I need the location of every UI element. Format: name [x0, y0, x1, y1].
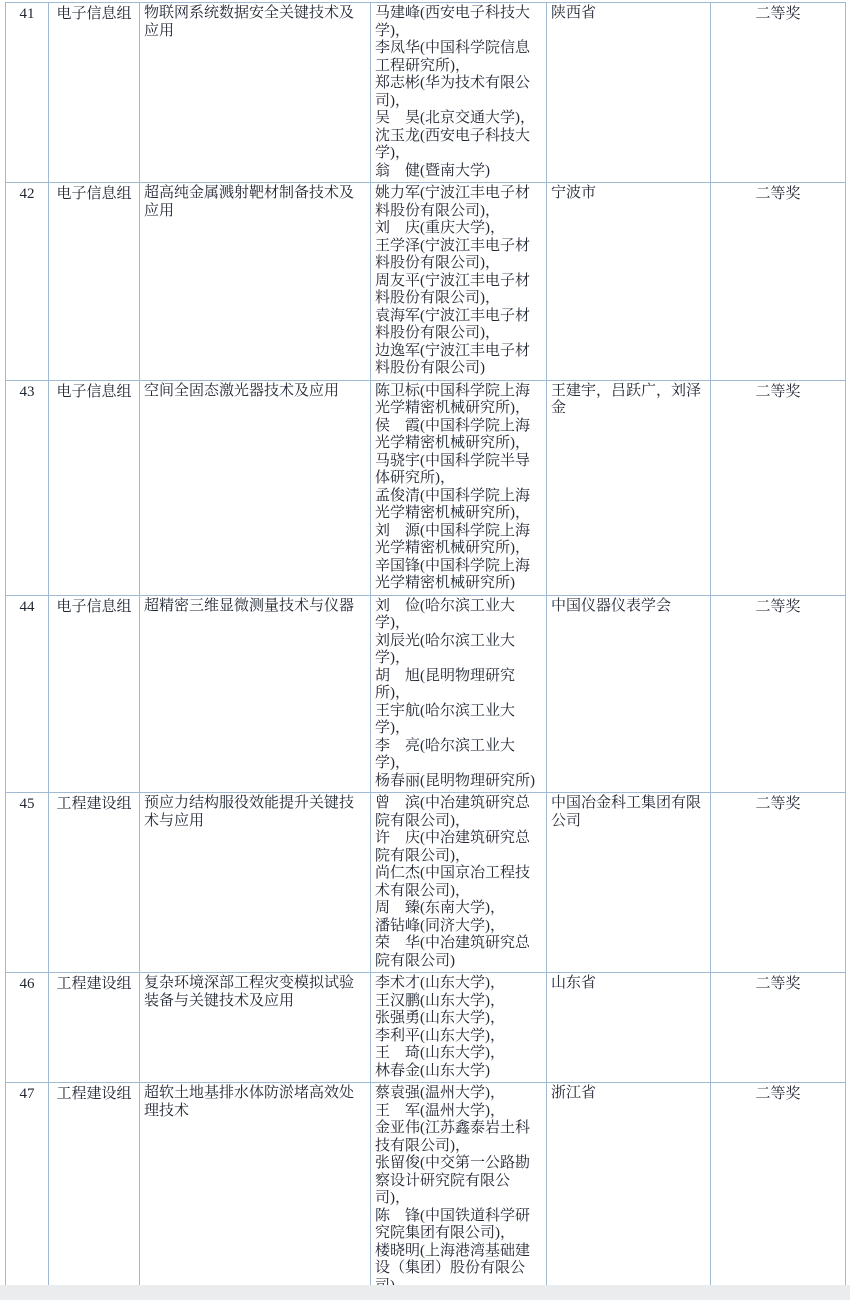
- person-line: 尚仁杰(中国京冶工程技术有限公司)，: [375, 865, 542, 900]
- cell-contributors: 陈卫标(中国科学院上海光学精密机械研究所)，侯 霞(中国科学院上海光学精密机械研…: [371, 380, 547, 595]
- person-line: 边逸军(宁波江丰电子材料股份有限公司): [375, 343, 542, 378]
- cell-project-title: 超精密三维显微测量技术与仪器: [140, 595, 371, 793]
- person-line: 荣 华(中冶建筑研究总院有限公司): [375, 935, 542, 970]
- cell-nominator: 中国冶金科工集团有限公司: [547, 793, 711, 973]
- cell-contributors: 马建峰(西安电子科技大学)，李凤华(中国科学院信息工程研究所)，郑志彬(华为技术…: [371, 3, 547, 183]
- person-line: 刘 庆(重庆大学)，: [375, 220, 542, 238]
- cell-nominator: 陕西省: [547, 3, 711, 183]
- cell-award-level: 二等奖: [711, 973, 846, 1083]
- table-row: 43电子信息组空间全固态激光器技术及应用陈卫标(中国科学院上海光学精密机械研究所…: [6, 380, 846, 595]
- person-line: 刘 俭(哈尔滨工业大学)，: [375, 598, 542, 633]
- cell-award-level: 二等奖: [711, 3, 846, 183]
- person-line: 孟俊清(中国科学院上海光学精密机械研究所)，: [375, 488, 542, 523]
- cell-row-number: 41: [6, 3, 49, 183]
- cell-row-number: 42: [6, 183, 49, 381]
- person-line: 翁 健(暨南大学): [375, 163, 542, 181]
- person-line: 王 琦(山东大学)，: [375, 1045, 542, 1063]
- award-table-body: 41电子信息组物联网系统数据安全关键技术及应用马建峰(西安电子科技大学)，李凤华…: [6, 3, 846, 1298]
- person-line: 杨春丽(昆明物理研究所): [375, 773, 542, 791]
- cell-group-name: 电子信息组: [49, 380, 140, 595]
- person-line: 曾 滨(中冶建筑研究总院有限公司)，: [375, 795, 542, 830]
- person-line: 林春金(山东大学): [375, 1063, 542, 1081]
- cell-award-level: 二等奖: [711, 595, 846, 793]
- person-line: 王汉鹏(山东大学)，: [375, 993, 542, 1011]
- person-line: 李利平(山东大学)，: [375, 1028, 542, 1046]
- table-row: 44电子信息组超精密三维显微测量技术与仪器刘 俭(哈尔滨工业大学)，刘辰光(哈尔…: [6, 595, 846, 793]
- cell-project-title: 预应力结构服役效能提升关键技术与应用: [140, 793, 371, 973]
- person-line: 周友平(宁波江丰电子材料股份有限公司)，: [375, 273, 542, 308]
- table-row: 46工程建设组复杂环境深部工程灾变模拟试验装备与关键技术及应用李术才(山东大学)…: [6, 973, 846, 1083]
- person-line: 郑志彬(华为技术有限公司)，: [375, 75, 542, 110]
- person-line: 刘 源(中国科学院上海光学精密机械研究所)，: [375, 523, 542, 558]
- page-bottom-strip: [0, 1285, 850, 1300]
- person-line: 张留俊(中交第一公路勘察设计研究院有限公司)，: [375, 1155, 542, 1208]
- person-line: 袁海军(宁波江丰电子材料股份有限公司)，: [375, 308, 542, 343]
- cell-row-number: 44: [6, 595, 49, 793]
- cell-contributors: 李术才(山东大学)，王汉鹏(山东大学)，张强勇(山东大学)，李利平(山东大学)，…: [371, 973, 547, 1083]
- cell-nominator: 山东省: [547, 973, 711, 1083]
- cell-row-number: 47: [6, 1083, 49, 1298]
- person-line: 王 军(温州大学)，: [375, 1103, 542, 1121]
- cell-nominator: 宁波市: [547, 183, 711, 381]
- cell-group-name: 电子信息组: [49, 595, 140, 793]
- person-line: 金亚伟(江苏鑫泰岩土科技有限公司)，: [375, 1120, 542, 1155]
- person-line: 李术才(山东大学)，: [375, 975, 542, 993]
- cell-group-name: 工程建设组: [49, 1083, 140, 1298]
- cell-contributors: 蔡袁强(温州大学)，王 军(温州大学)，金亚伟(江苏鑫泰岩土科技有限公司)，张留…: [371, 1083, 547, 1298]
- cell-project-title: 复杂环境深部工程灾变模拟试验装备与关键技术及应用: [140, 973, 371, 1083]
- person-line: 陈卫标(中国科学院上海光学精密机械研究所)，: [375, 383, 542, 418]
- person-line: 王宇航(哈尔滨工业大学)，: [375, 703, 542, 738]
- cell-nominator: 浙江省: [547, 1083, 711, 1298]
- cell-contributors: 刘 俭(哈尔滨工业大学)，刘辰光(哈尔滨工业大学)，胡 旭(昆明物理研究所)，王…: [371, 595, 547, 793]
- cell-nominator: 王建宇，吕跃广，刘泽金: [547, 380, 711, 595]
- person-line: 李 亮(哈尔滨工业大学)，: [375, 738, 542, 773]
- person-line: 周 臻(东南大学)，: [375, 900, 542, 918]
- cell-group-name: 工程建设组: [49, 973, 140, 1083]
- cell-award-level: 二等奖: [711, 793, 846, 973]
- cell-group-name: 工程建设组: [49, 793, 140, 973]
- cell-award-level: 二等奖: [711, 380, 846, 595]
- person-line: 王学泽(宁波江丰电子材料股份有限公司)，: [375, 238, 542, 273]
- cell-contributors: 姚力军(宁波江丰电子材料股份有限公司)，刘 庆(重庆大学)，王学泽(宁波江丰电子…: [371, 183, 547, 381]
- cell-project-title: 物联网系统数据安全关键技术及应用: [140, 3, 371, 183]
- cell-row-number: 45: [6, 793, 49, 973]
- person-line: 张强勇(山东大学)，: [375, 1010, 542, 1028]
- person-line: 陈 锋(中国铁道科学研究院集团有限公司)，: [375, 1208, 542, 1243]
- person-line: 辛国锋(中国科学院上海光学精密机械研究所): [375, 558, 542, 593]
- cell-row-number: 46: [6, 973, 49, 1083]
- table-row: 41电子信息组物联网系统数据安全关键技术及应用马建峰(西安电子科技大学)，李凤华…: [6, 3, 846, 183]
- person-line: 蔡袁强(温州大学)，: [375, 1085, 542, 1103]
- cell-contributors: 曾 滨(中冶建筑研究总院有限公司)，许 庆(中冶建筑研究总院有限公司)，尚仁杰(…: [371, 793, 547, 973]
- person-line: 潘钻峰(同济大学)，: [375, 918, 542, 936]
- person-line: 胡 旭(昆明物理研究所)，: [375, 668, 542, 703]
- award-list-table: 41电子信息组物联网系统数据安全关键技术及应用马建峰(西安电子科技大学)，李凤华…: [5, 2, 846, 1298]
- cell-project-title: 空间全固态激光器技术及应用: [140, 380, 371, 595]
- person-line: 李凤华(中国科学院信息工程研究所)，: [375, 40, 542, 75]
- person-line: 沈玉龙(西安电子科技大学)，: [375, 128, 542, 163]
- cell-award-level: 二等奖: [711, 183, 846, 381]
- person-line: 刘辰光(哈尔滨工业大学)，: [375, 633, 542, 668]
- person-line: 许 庆(中冶建筑研究总院有限公司)，: [375, 830, 542, 865]
- table-row: 45工程建设组预应力结构服役效能提升关键技术与应用曾 滨(中冶建筑研究总院有限公…: [6, 793, 846, 973]
- table-row: 42电子信息组超高纯金属溅射靶材制备技术及应用姚力军(宁波江丰电子材料股份有限公…: [6, 183, 846, 381]
- cell-group-name: 电子信息组: [49, 183, 140, 381]
- cell-award-level: 二等奖: [711, 1083, 846, 1298]
- cell-nominator: 中国仪器仪表学会: [547, 595, 711, 793]
- table-row: 47工程建设组超软土地基排水体防淤堵高效处理技术蔡袁强(温州大学)，王 军(温州…: [6, 1083, 846, 1298]
- cell-project-title: 超软土地基排水体防淤堵高效处理技术: [140, 1083, 371, 1298]
- person-line: 吴 昊(北京交通大学)，: [375, 110, 542, 128]
- person-line: 马建峰(西安电子科技大学)，: [375, 5, 542, 40]
- person-line: 姚力军(宁波江丰电子材料股份有限公司)，: [375, 185, 542, 220]
- cell-row-number: 43: [6, 380, 49, 595]
- cell-group-name: 电子信息组: [49, 3, 140, 183]
- person-line: 侯 霞(中国科学院上海光学精密机械研究所)，: [375, 418, 542, 453]
- person-line: 马骁宇(中国科学院半导体研究所)，: [375, 453, 542, 488]
- cell-project-title: 超高纯金属溅射靶材制备技术及应用: [140, 183, 371, 381]
